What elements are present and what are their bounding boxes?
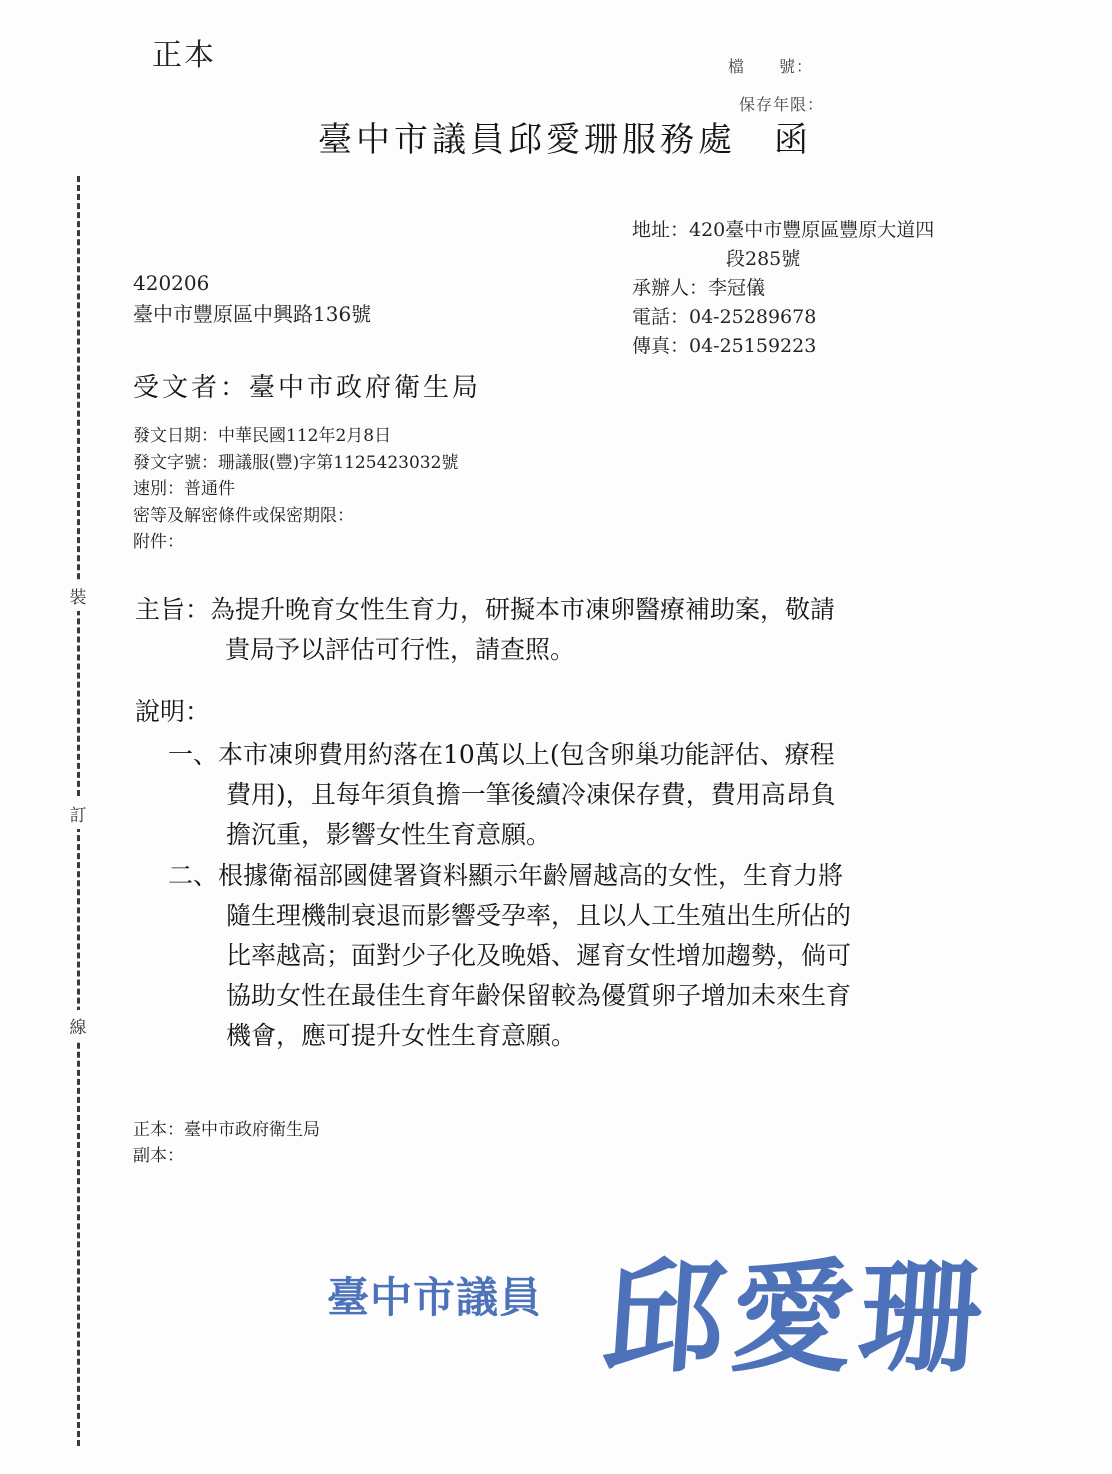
copy-type-label: 正本 <box>152 30 216 74</box>
priority: 速別：普通件 <box>133 476 458 503</box>
sender-info: 地址：420臺中市豐原區豐原大道四 段285號 承辦人：李冠儀 電話：04-25… <box>632 216 934 361</box>
recipient-street: 臺中市豐原區中興路136號 <box>133 299 371 330</box>
explanation-line: 二、根據衛福部國健署資料顯示年齡層越高的女性，生育力將 <box>168 856 851 896</box>
issuing-office: 臺中市議員邱愛珊服務處 <box>318 120 736 160</box>
document-meta: 發文日期：中華民國112年2月8日 發文字號：珊議服(豐)字第112542303… <box>133 423 458 556</box>
document-kind: 函 <box>774 120 812 160</box>
subject-line: 貴局予以評估可行性，請查照。 <box>135 630 835 670</box>
sender-phone: 電話：04-25289678 <box>632 303 934 332</box>
explanation-line: 一、本市凍卵費用約落在10萬以上(包含卵巢功能評估、療程 <box>168 735 836 775</box>
subject: 主旨：為提升晚育女性生育力，研擬本市凍卵醫療補助案，敬請 貴局予以評估可行性，請… <box>135 590 835 670</box>
copy-recipient: 副本： <box>133 1143 320 1169</box>
explanation-item-2: 二、根據衛福部國健署資料顯示年齡層越高的女性，生育力將 隨生理機制衰退而影響受孕… <box>168 856 851 1056</box>
binding-char-ding: 訂 <box>67 798 89 829</box>
explanation-line: 機會，應可提升女性生育意願。 <box>168 1016 851 1056</box>
explanation-line: 擔沉重，影響女性生育意願。 <box>168 815 836 855</box>
issue-date: 發文日期：中華民國112年2月8日 <box>133 423 458 450</box>
subject-line: 主旨：為提升晚育女性生育力，研擬本市凍卵醫療補助案，敬請 <box>135 590 835 630</box>
sender-address: 地址：420臺中市豐原區豐原大道四 <box>632 216 934 245</box>
distribution: 正本：臺中市政府衛生局 副本： <box>133 1117 320 1169</box>
stamp-title: 臺中市議員 <box>327 1265 542 1325</box>
explanation-line: 協助女性在最佳生育年齡保留較為優質卵子增加未來生育 <box>168 976 851 1016</box>
explanation-line: 比率越高；面對少子化及晚婚、遲育女性增加趨勢，倘可 <box>168 936 851 976</box>
reference-number: 發文字號：珊議服(豐)字第1125423032號 <box>133 450 458 477</box>
explanation-line: 隨生理機制衰退而影響受孕率，且以人工生殖出生所佔的 <box>168 896 851 936</box>
sender-handler: 承辦人：李冠儀 <box>632 274 934 303</box>
attachments: 附件： <box>133 529 458 556</box>
explanation-line: 費用)，且每年須負擔一筆後續冷凍保存費，費用高昂負 <box>168 775 836 815</box>
explanation-item-1: 一、本市凍卵費用約落在10萬以上(包含卵巢功能評估、療程 費用)，且每年須負擔一… <box>168 735 836 855</box>
explanation-label: 說明： <box>135 692 210 728</box>
sender-fax: 傳真：04-25159223 <box>632 332 934 361</box>
original-recipient: 正本：臺中市政府衛生局 <box>133 1117 320 1143</box>
sender-address-cont: 段285號 <box>632 245 934 274</box>
binding-char-xian: 線 <box>67 1010 89 1041</box>
confidentiality: 密等及解密條件或保密期限： <box>133 503 458 530</box>
recipient: 受文者：臺中市政府衛生局 <box>133 367 481 404</box>
recipient-address: 420206 臺中市豐原區中興路136號 <box>133 268 371 330</box>
postal-code: 420206 <box>133 268 371 299</box>
stamp-signature: 邱愛珊 <box>598 1220 994 1395</box>
file-number-label: 檔號： <box>728 54 813 77</box>
document-title: 臺中市議員邱愛珊服務處函 <box>318 112 812 161</box>
binding-char-zhuang: 裝 <box>67 580 89 611</box>
